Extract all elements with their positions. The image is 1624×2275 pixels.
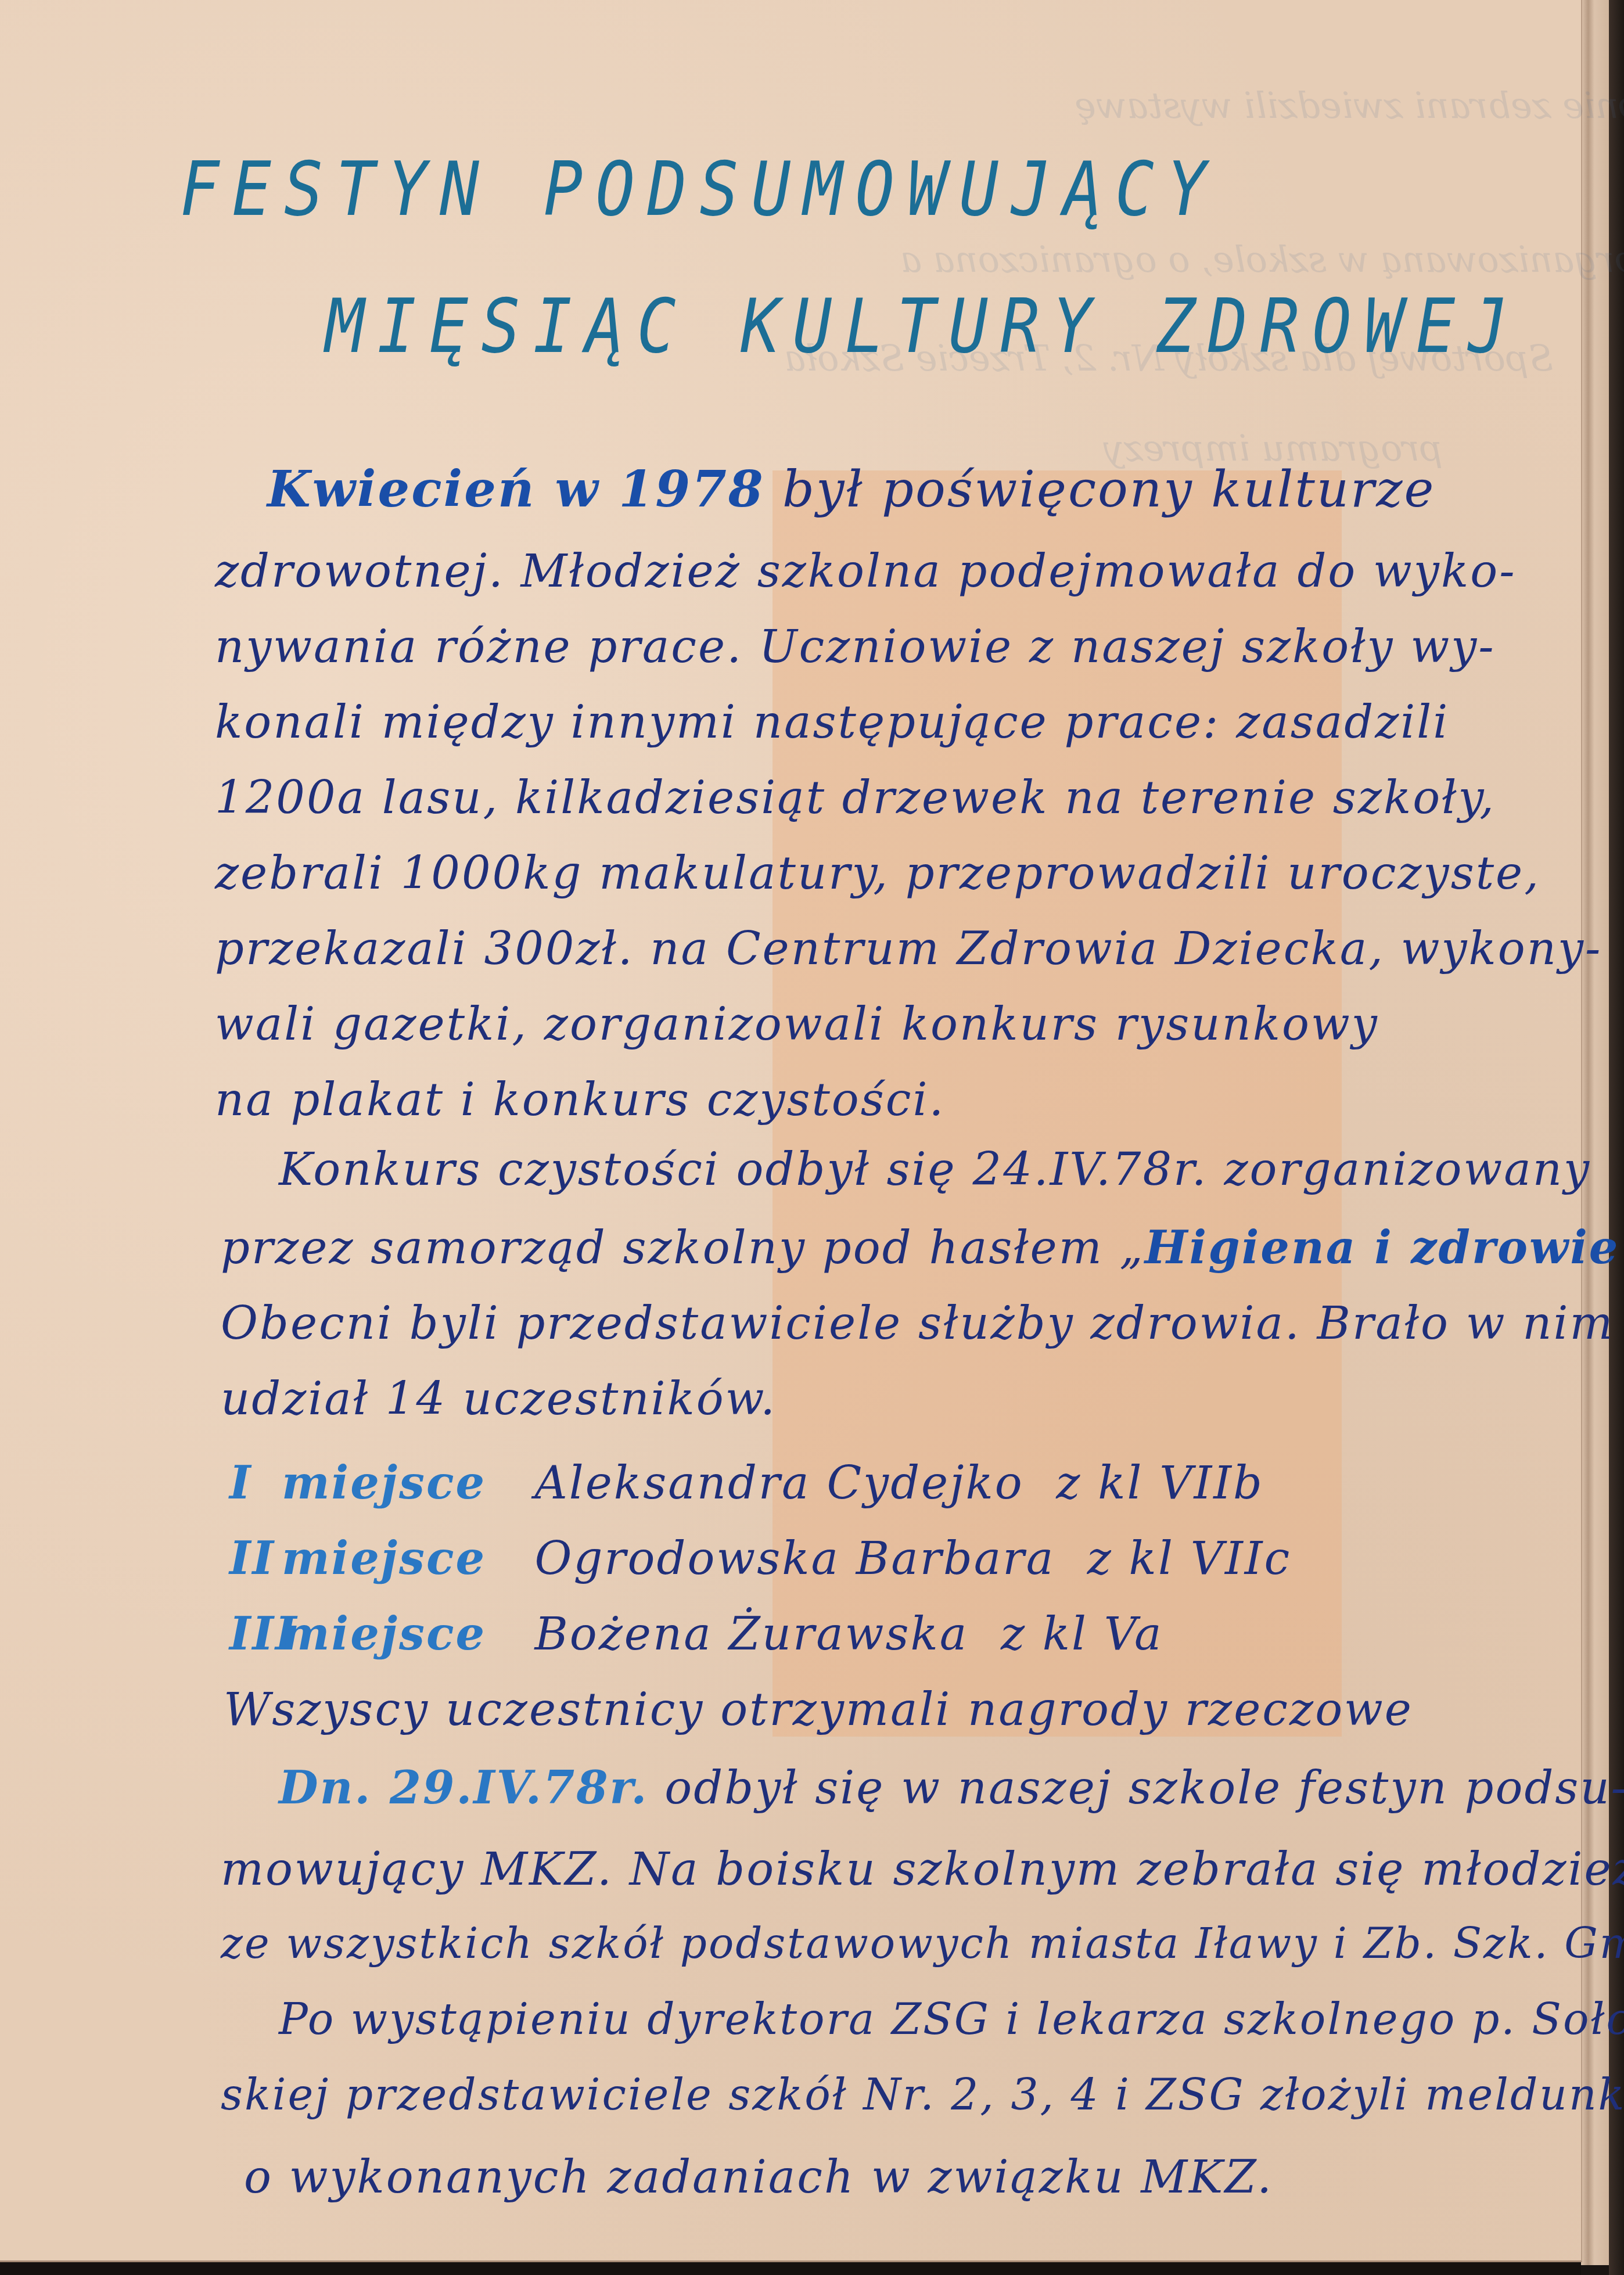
paragraph-3-line-2: mowujący MKZ. Na boisku szkolnym zebrała…: [221, 1847, 1624, 1892]
winner-name: Bożena Żurawska: [534, 1608, 968, 1661]
paragraph-2-line-2: przez samorząd szkolny pod hasłem „Higie…: [221, 1225, 1624, 1271]
document-title-line-1: FESTYN PODSUMOWUJĄCY: [180, 146, 1219, 233]
paragraph-2-line-1: Konkurs czystości odbył się 24.IV.78r. z…: [279, 1147, 1591, 1192]
winner-row-3: IIImiejsce Bożena Żurawska z kl Va: [229, 1612, 1163, 1657]
paragraph-2-line-3: Obecni byli przedstawiciele służby zdrow…: [221, 1301, 1614, 1346]
winner-class: z kl VIIb: [1056, 1457, 1264, 1510]
document-title-line-2: MIĘSIĄC KULTURY ZDROWEJ: [325, 283, 1520, 371]
place-label: miejsce: [282, 1532, 486, 1585]
notebook-page: Następnie zebrani zwiedzili wystawę zorg…: [0, 0, 1582, 2262]
paragraph-1-line-4: konali między innymi następujące prace: …: [215, 700, 1449, 745]
festival-date: Dn. 29.IV.78r.: [279, 1762, 649, 1814]
paragraph-1-line-2: zdrowotnej. Młodzież szkolna podejmowała…: [215, 549, 1517, 594]
scan-bottom-edge: [0, 2262, 1581, 2275]
winner-name: Aleksandra Cydejko: [534, 1457, 1023, 1510]
paragraph-4-line-2: skiej przedstawiciele szkół Nr. 2, 3, 4 …: [221, 2073, 1624, 2116]
paragraph-4-line-1: Po wystąpieniu dyrektora ZSG i lekarza s…: [279, 1998, 1624, 2041]
paragraph-3-line-3: ze wszystkich szkół podstawowych miasta …: [221, 1922, 1624, 1964]
paragraph-1-line-7: przekazali 300zł. na Centrum Zdrowia Dzi…: [215, 926, 1602, 972]
paragraph-3-line-1: Dn. 29.IV.78r. odbył się w naszej szkole…: [279, 1766, 1624, 1811]
place-label: miejsce: [282, 1608, 486, 1661]
bleed-through-text: Następnie zebrani zwiedzili wystawę: [1075, 84, 1624, 127]
paragraph-1-line-9: na plakat i konkurs czystości.: [215, 1077, 945, 1123]
paragraph-2-line-4: udział 14 uczestników.: [221, 1376, 777, 1422]
place-label: miejsce: [282, 1457, 486, 1510]
winner-class: z kl VIIc: [1087, 1533, 1292, 1585]
bleed-through-text: zorganizowaną w szkole, o ograniczona a: [900, 238, 1624, 281]
paragraph-1-line-6: zebrali 1000kg makulatury, przeprowadzil…: [215, 851, 1540, 896]
winner-row-1: Imiejsce Aleksandra Cydejko z kl VIIb: [229, 1461, 1264, 1506]
winner-class: z kl Va: [1001, 1608, 1163, 1661]
highlight-date: Kwiecień w 1978: [267, 460, 765, 519]
winners-note: Wszyscy uczestnicy otrzymali nagrody rze…: [224, 1687, 1413, 1733]
winner-row-2: IImiejsce Ogrodowska Barbara z kl VIIc: [229, 1536, 1291, 1582]
place-numeral: III: [229, 1612, 282, 1657]
paragraph-1-line-5: 1200a lasu, kilkadziesiąt drzewek na ter…: [215, 775, 1496, 821]
winner-name: Ogrodowska Barbara: [534, 1533, 1055, 1585]
slogan: Higiena i zdrowie: [1145, 1221, 1620, 1274]
paragraph-1-line-8: wali gazetki, zorganizowali konkurs rysu…: [215, 1002, 1379, 1047]
paragraph-1-line-3: nywania różne prace. Uczniowie z naszej …: [215, 624, 1496, 670]
paragraph-4-line-3: o wykonanych zadaniach w związku MKZ.: [244, 2155, 1273, 2200]
place-numeral: II: [229, 1536, 282, 1582]
paragraph-1-line-1: Kwiecień w 1978 był poświęcony kulturze: [267, 465, 1435, 515]
place-numeral: I: [229, 1461, 282, 1506]
